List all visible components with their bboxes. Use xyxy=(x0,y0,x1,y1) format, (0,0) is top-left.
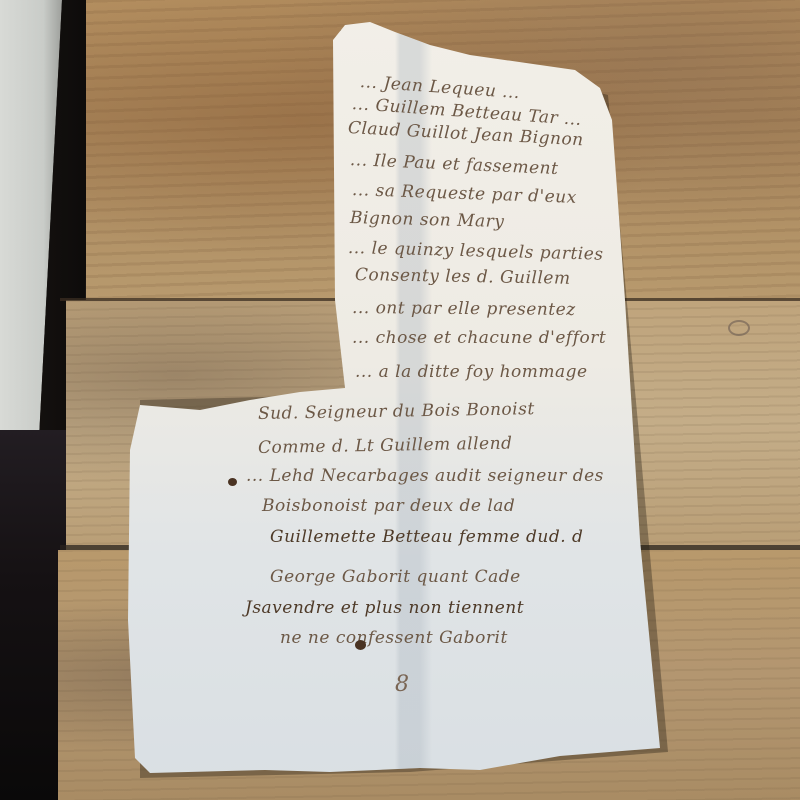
manuscript-line: ... Lehd Necarbages audit seigneur des xyxy=(246,466,604,486)
ink-blot xyxy=(355,640,366,650)
manuscript-line: Guillemette Betteau femme dud. d xyxy=(270,527,583,547)
manuscript-line: Jsavendre et plus non tiennent xyxy=(245,598,524,618)
manuscript-line: ... ont par elle presentez xyxy=(352,298,576,320)
manuscript-line: ... chose et chacune d'effort xyxy=(352,328,606,348)
manuscript-line: ne ne confessent Gaborit xyxy=(280,628,508,648)
manuscript-line: Consenty les d. Guillem xyxy=(355,265,571,289)
ink-blot xyxy=(228,478,237,486)
manuscript-line: Boisbonoist par deux de lad xyxy=(262,496,515,516)
manuscript-line: Bignon son Mary xyxy=(350,208,505,232)
manuscript-line: ... a la ditte foy hommage xyxy=(355,362,588,382)
manuscript-line: George Gaborit quant Cade xyxy=(270,567,521,587)
photo-scene: ... Jean Lequeu ... ... Guillem Betteau … xyxy=(0,0,800,800)
wood-knot xyxy=(728,320,750,336)
page-number: 8 xyxy=(395,672,409,697)
